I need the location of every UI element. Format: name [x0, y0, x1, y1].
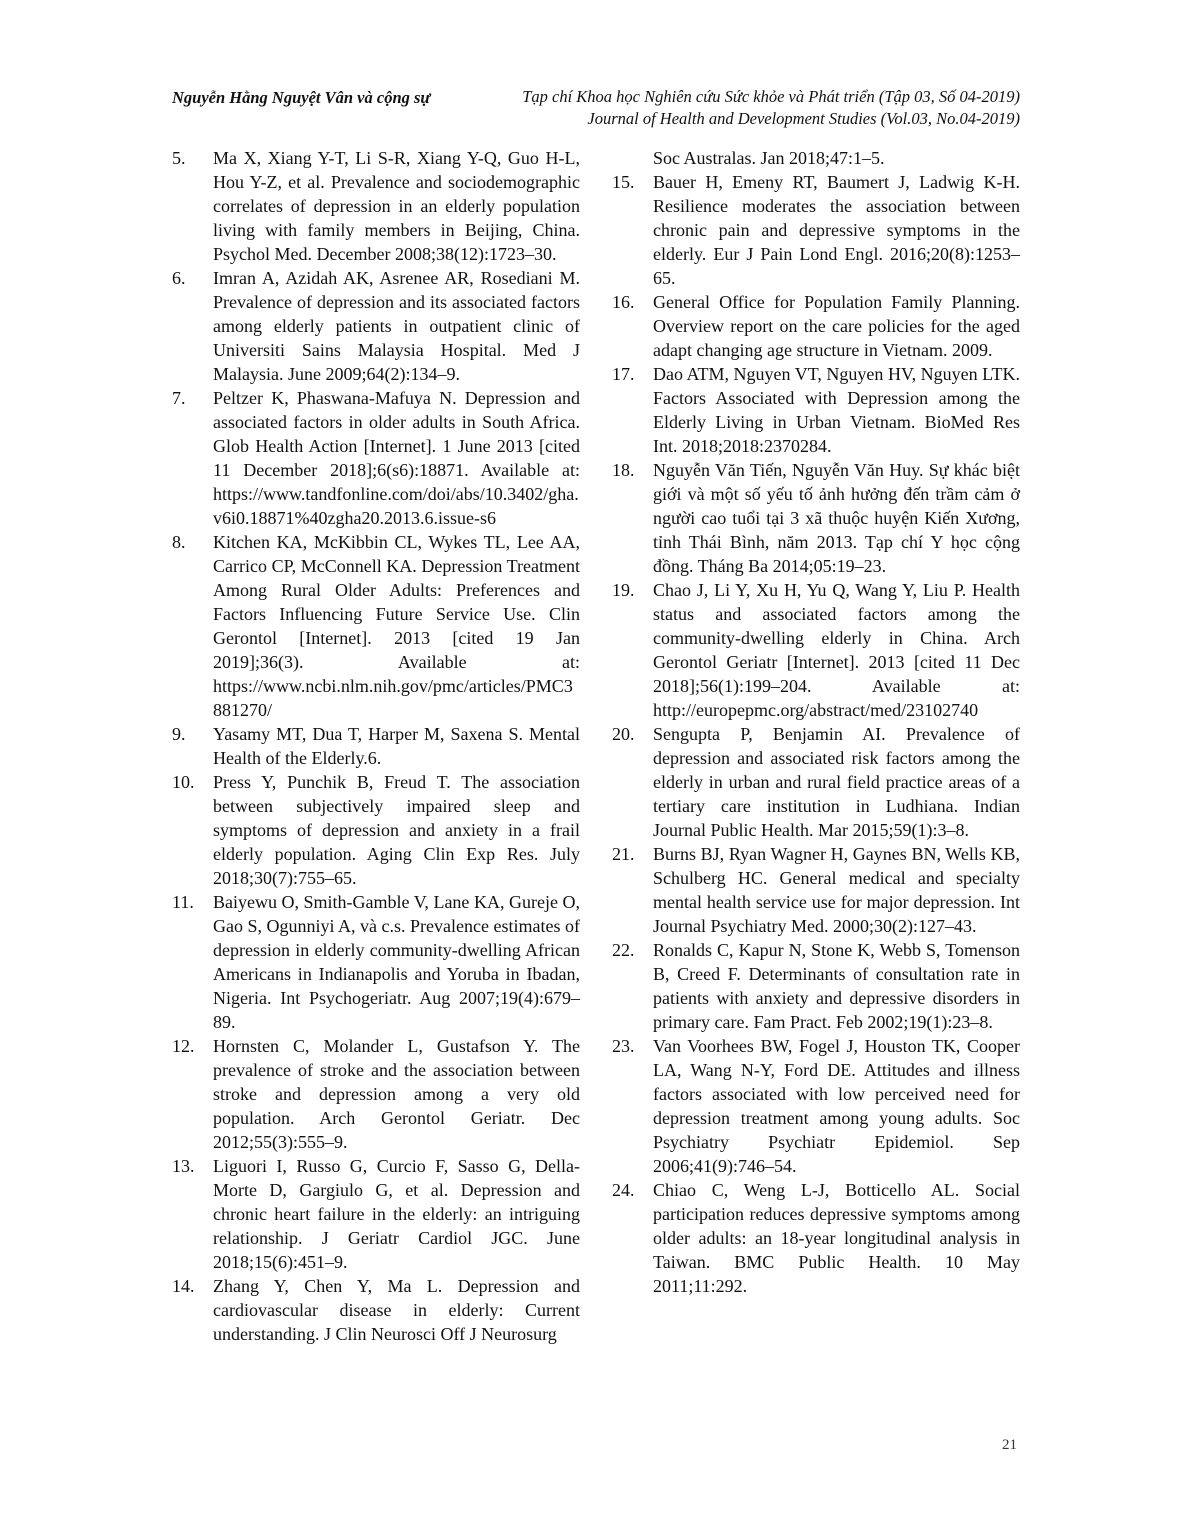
header-journal-title-en: Journal of Health and Development Studie… [522, 108, 1020, 130]
reference-number: 15. [612, 170, 635, 194]
reference-text: Soc Australas. Jan 2018;47:1–5. [653, 148, 885, 168]
reference-text: Nguyễn Văn Tiến, Nguyễn Văn Huy. Sự khác… [653, 460, 1020, 576]
reference-item: 22.Ronalds C, Kapur N, Stone K, Webb S, … [612, 938, 1020, 1034]
reference-text: Ma X, Xiang Y-T, Li S-R, Xiang Y-Q, Guo … [213, 148, 580, 264]
reference-number: 12. [172, 1034, 195, 1058]
reference-text: Chao J, Li Y, Xu H, Yu Q, Wang Y, Liu P.… [653, 580, 1020, 720]
reference-text: Baiyewu O, Smith-Gamble V, Lane KA, Gure… [213, 892, 580, 1032]
reference-text: Zhang Y, Chen Y, Ma L. Depression and ca… [213, 1276, 580, 1344]
references-right-column: Soc Australas. Jan 2018;47:1–5.15.Bauer … [612, 146, 1020, 1346]
page-number: 21 [1002, 1437, 1017, 1454]
reference-text: Peltzer K, Phaswana-Mafuya N. Depression… [213, 388, 580, 528]
reference-item: 20.Sengupta P, Benjamin AI. Prevalence o… [612, 722, 1020, 842]
page-header: Nguyễn Hằng Nguyệt Vân và cộng sự Tạp ch… [172, 86, 1020, 130]
reference-text: Burns BJ, Ryan Wagner H, Gaynes BN, Well… [653, 844, 1020, 936]
reference-item: 11.Baiyewu O, Smith-Gamble V, Lane KA, G… [172, 890, 580, 1034]
reference-number: 5. [172, 146, 186, 170]
reference-item: Soc Australas. Jan 2018;47:1–5. [612, 146, 1020, 170]
reference-text: Dao ATM, Nguyen VT, Nguyen HV, Nguyen LT… [653, 364, 1020, 456]
reference-text: Liguori I, Russo G, Curcio F, Sasso G, D… [213, 1156, 580, 1272]
reference-number: 9. [172, 722, 186, 746]
reference-number: 8. [172, 530, 186, 554]
reference-number: 21. [612, 842, 635, 866]
reference-text: Van Voorhees BW, Fogel J, Houston TK, Co… [653, 1036, 1020, 1176]
reference-item: 7.Peltzer K, Phaswana-Mafuya N. Depressi… [172, 386, 580, 530]
reference-number: 19. [612, 578, 635, 602]
reference-item: 12.Hornsten C, Molander L, Gustafson Y. … [172, 1034, 580, 1154]
reference-text: Hornsten C, Molander L, Gustafson Y. The… [213, 1036, 580, 1152]
reference-text: Ronalds C, Kapur N, Stone K, Webb S, Tom… [653, 940, 1020, 1032]
reference-item: 14.Zhang Y, Chen Y, Ma L. Depression and… [172, 1274, 580, 1346]
reference-text: Imran A, Azidah AK, Asrenee AR, Rosedian… [213, 268, 580, 384]
reference-number: 20. [612, 722, 635, 746]
reference-number: 23. [612, 1034, 635, 1058]
references-left-column: 5.Ma X, Xiang Y-T, Li S-R, Xiang Y-Q, Gu… [172, 146, 580, 1346]
reference-item: 9.Yasamy MT, Dua T, Harper M, Saxena S. … [172, 722, 580, 770]
reference-item: 8.Kitchen KA, McKibbin CL, Wykes TL, Lee… [172, 530, 580, 722]
reference-item: 24.Chiao C, Weng L-J, Botticello AL. Soc… [612, 1178, 1020, 1298]
reference-text: Bauer H, Emeny RT, Baumert J, Ladwig K-H… [653, 172, 1020, 288]
reference-number: 7. [172, 386, 186, 410]
page: Nguyễn Hằng Nguyệt Vân và cộng sự Tạp ch… [0, 0, 1189, 1539]
reference-item: 15.Bauer H, Emeny RT, Baumert J, Ladwig … [612, 170, 1020, 290]
reference-item: 19.Chao J, Li Y, Xu H, Yu Q, Wang Y, Liu… [612, 578, 1020, 722]
reference-number: 14. [172, 1274, 195, 1298]
reference-number: 11. [172, 890, 194, 914]
reference-item: 16.General Office for Population Family … [612, 290, 1020, 362]
reference-text: Sengupta P, Benjamin AI. Prevalence of d… [653, 724, 1020, 840]
reference-number: 16. [612, 290, 635, 314]
header-author: Nguyễn Hằng Nguyệt Vân và cộng sự [172, 86, 430, 108]
reference-item: 17.Dao ATM, Nguyen VT, Nguyen HV, Nguyen… [612, 362, 1020, 458]
reference-text: Chiao C, Weng L-J, Botticello AL. Social… [653, 1180, 1020, 1296]
reference-number: 10. [172, 770, 195, 794]
reference-number: 13. [172, 1154, 195, 1178]
reference-item: 21.Burns BJ, Ryan Wagner H, Gaynes BN, W… [612, 842, 1020, 938]
reference-item: 5.Ma X, Xiang Y-T, Li S-R, Xiang Y-Q, Gu… [172, 146, 580, 266]
reference-item: 23.Van Voorhees BW, Fogel J, Houston TK,… [612, 1034, 1020, 1178]
reference-number: 24. [612, 1178, 635, 1202]
reference-number: 22. [612, 938, 635, 962]
reference-item: 10.Press Y, Punchik B, Freud T. The asso… [172, 770, 580, 890]
reference-number: 6. [172, 266, 186, 290]
header-journal-title-vi: Tạp chí Khoa học Nghiên cứu Sức khỏe và … [522, 86, 1020, 108]
references-section: 5.Ma X, Xiang Y-T, Li S-R, Xiang Y-Q, Gu… [172, 146, 1020, 1346]
reference-text: General Office for Population Family Pla… [653, 292, 1020, 360]
reference-text: Yasamy MT, Dua T, Harper M, Saxena S. Me… [213, 724, 580, 768]
reference-number: 18. [612, 458, 635, 482]
reference-item: 18.Nguyễn Văn Tiến, Nguyễn Văn Huy. Sự k… [612, 458, 1020, 578]
reference-text: Kitchen KA, McKibbin CL, Wykes TL, Lee A… [213, 532, 580, 720]
header-journal: Tạp chí Khoa học Nghiên cứu Sức khỏe và … [522, 86, 1020, 130]
reference-number: 17. [612, 362, 635, 386]
reference-item: 13.Liguori I, Russo G, Curcio F, Sasso G… [172, 1154, 580, 1274]
reference-item: 6.Imran A, Azidah AK, Asrenee AR, Rosedi… [172, 266, 580, 386]
reference-text: Press Y, Punchik B, Freud T. The associa… [213, 772, 580, 888]
